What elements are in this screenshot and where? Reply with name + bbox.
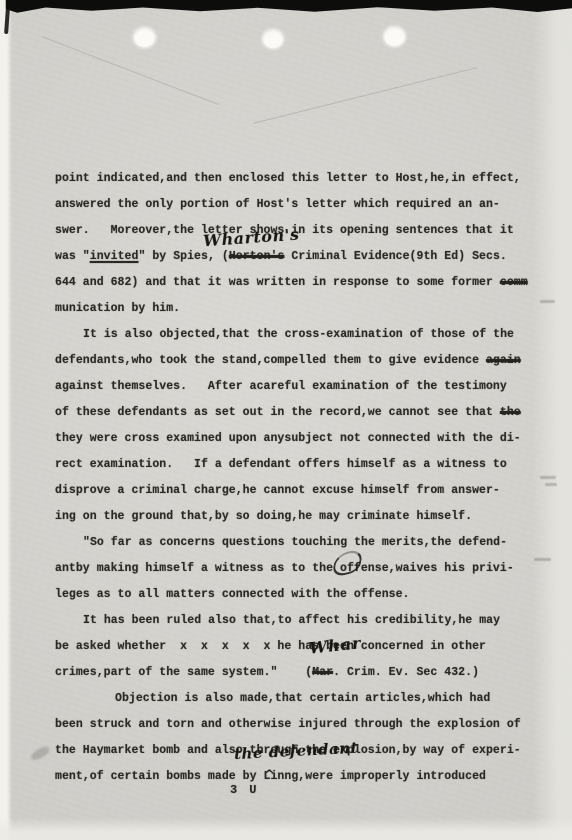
typed-line: point indicated,and then enclosed this l… [55, 166, 545, 192]
typed-segment: " by Spies, ( [138, 250, 228, 263]
margin-dash [545, 483, 557, 486]
typed-line: Objection is also made,that certain arti… [55, 686, 545, 712]
typed-line: "So far as concerns questions touching t… [55, 530, 545, 556]
typed-segment: ment,of certain bombs made by Linng,were… [55, 770, 486, 783]
punch-hole-center [263, 30, 283, 48]
punch-hole-left [134, 28, 155, 47]
typed-segment-underline: invited [90, 250, 139, 263]
scratch-line [253, 67, 476, 124]
typed-segment: rect examination. If a defendant offers … [55, 458, 507, 471]
typed-line: leges as to all matters connected with t… [55, 582, 545, 608]
typed-segment: swer. Moreover,the letter shows in its o… [55, 224, 514, 237]
typed-line: they were cross examined upon anysubject… [55, 426, 545, 452]
typed-line: ment,of certain bombs made by Linng,were… [55, 764, 545, 790]
typed-segment: answered the only portion of Host's lett… [55, 198, 500, 211]
typed-segment: It is also objected,that the cross-exami… [83, 328, 514, 341]
typed-segment-strike: the [500, 406, 521, 419]
typed-segment: leges as to all matters connected with t… [55, 588, 410, 601]
typed-line: defendants,who took the stand,compelled … [55, 348, 545, 374]
typed-segment: "So far as concerns questions touching t… [83, 536, 507, 549]
typed-segment-strike: Horton's [229, 250, 285, 263]
typed-segment: 644 and 682) and that it was written in … [55, 276, 500, 289]
typed-line: crimes,part of the same system." (Mar. C… [55, 660, 545, 686]
typed-line: It has been ruled also that,to affect hi… [55, 608, 545, 634]
typed-line: against themselves. After acareful exami… [55, 374, 545, 400]
typed-segment: munication by him. [55, 302, 180, 315]
typed-line: It is also objected,that the cross-exami… [55, 322, 545, 348]
typed-line: munication by him. [55, 296, 545, 322]
typed-line: swer. Moreover,the letter shows in its o… [55, 218, 545, 244]
typed-line: 644 and 682) and that it was written in … [55, 270, 545, 296]
typed-segment: be asked whether x x x x x he has been c… [55, 640, 486, 653]
page-number-row: 3U [230, 783, 256, 797]
typed-segment-strike: again [486, 354, 521, 367]
typed-line: be asked whether x x x x x he has been c… [55, 634, 545, 660]
typed-line: of these defendants as set out in the re… [55, 400, 545, 426]
typed-segment: Criminal Evidence(9th Ed) Secs. [284, 250, 506, 263]
corner-tick-mark [4, 8, 10, 34]
typed-segment: ense,waives his privi- [361, 562, 514, 575]
typed-line: ing on the ground that,by so doing,he ma… [55, 504, 545, 530]
typed-segment: the Haymarket bomb and also through the … [55, 744, 521, 757]
typed-segment: been struck and torn and otherwise injur… [55, 718, 521, 731]
typed-segment-strike: Mar [312, 666, 333, 679]
typed-segment: disprove a criminal charge,he cannot exc… [55, 484, 500, 497]
punch-hole-right [384, 27, 405, 46]
typed-line: antby making himself a witness as to the… [55, 556, 545, 582]
page-number: 3 [230, 783, 237, 797]
typed-segment: defendants,who took the stand,compelled … [55, 354, 486, 367]
typed-segment: point indicated,and then enclosed this l… [55, 172, 521, 185]
typed-segment: they were cross examined upon anysubject… [55, 432, 521, 445]
typed-line: been struck and torn and otherwise injur… [55, 712, 545, 738]
typed-segment: antby making himself a witness as to the [55, 562, 340, 575]
typed-line: rect examination. If a defendant offers … [55, 452, 545, 478]
typed-line: was "invited" by Spies, (Horton's Crimin… [55, 244, 545, 270]
typed-segment: against themselves. After acareful exami… [55, 380, 507, 393]
typed-segment-strike: comm [500, 276, 528, 289]
typed-segment: crimes,part of the same system." ( [55, 666, 312, 679]
typed-segment: . Crim. Ev. Sec 432.) [333, 666, 479, 679]
scan-top-edge [0, 0, 572, 15]
typed-segment: was " [55, 250, 90, 263]
scratch-line [41, 36, 219, 105]
page-letter: U [249, 783, 256, 797]
smudge-mark [29, 745, 51, 762]
scanned-document-page: point indicated,and then enclosed this l… [0, 0, 572, 840]
typed-segment: Objection is also made,that certain arti… [115, 692, 490, 705]
typed-line: the Haymarket bomb and also through the … [55, 738, 545, 764]
typed-segment: It has been ruled also that,to affect hi… [83, 614, 500, 627]
typed-text-block: point indicated,and then enclosed this l… [55, 166, 545, 790]
typed-segment: of these defendants as set out in the re… [55, 406, 500, 419]
typed-line: disprove a criminal charge,he cannot exc… [55, 478, 545, 504]
typed-line: answered the only portion of Host's lett… [55, 192, 545, 218]
typed-segment: ing on the ground that,by so doing,he ma… [55, 510, 472, 523]
